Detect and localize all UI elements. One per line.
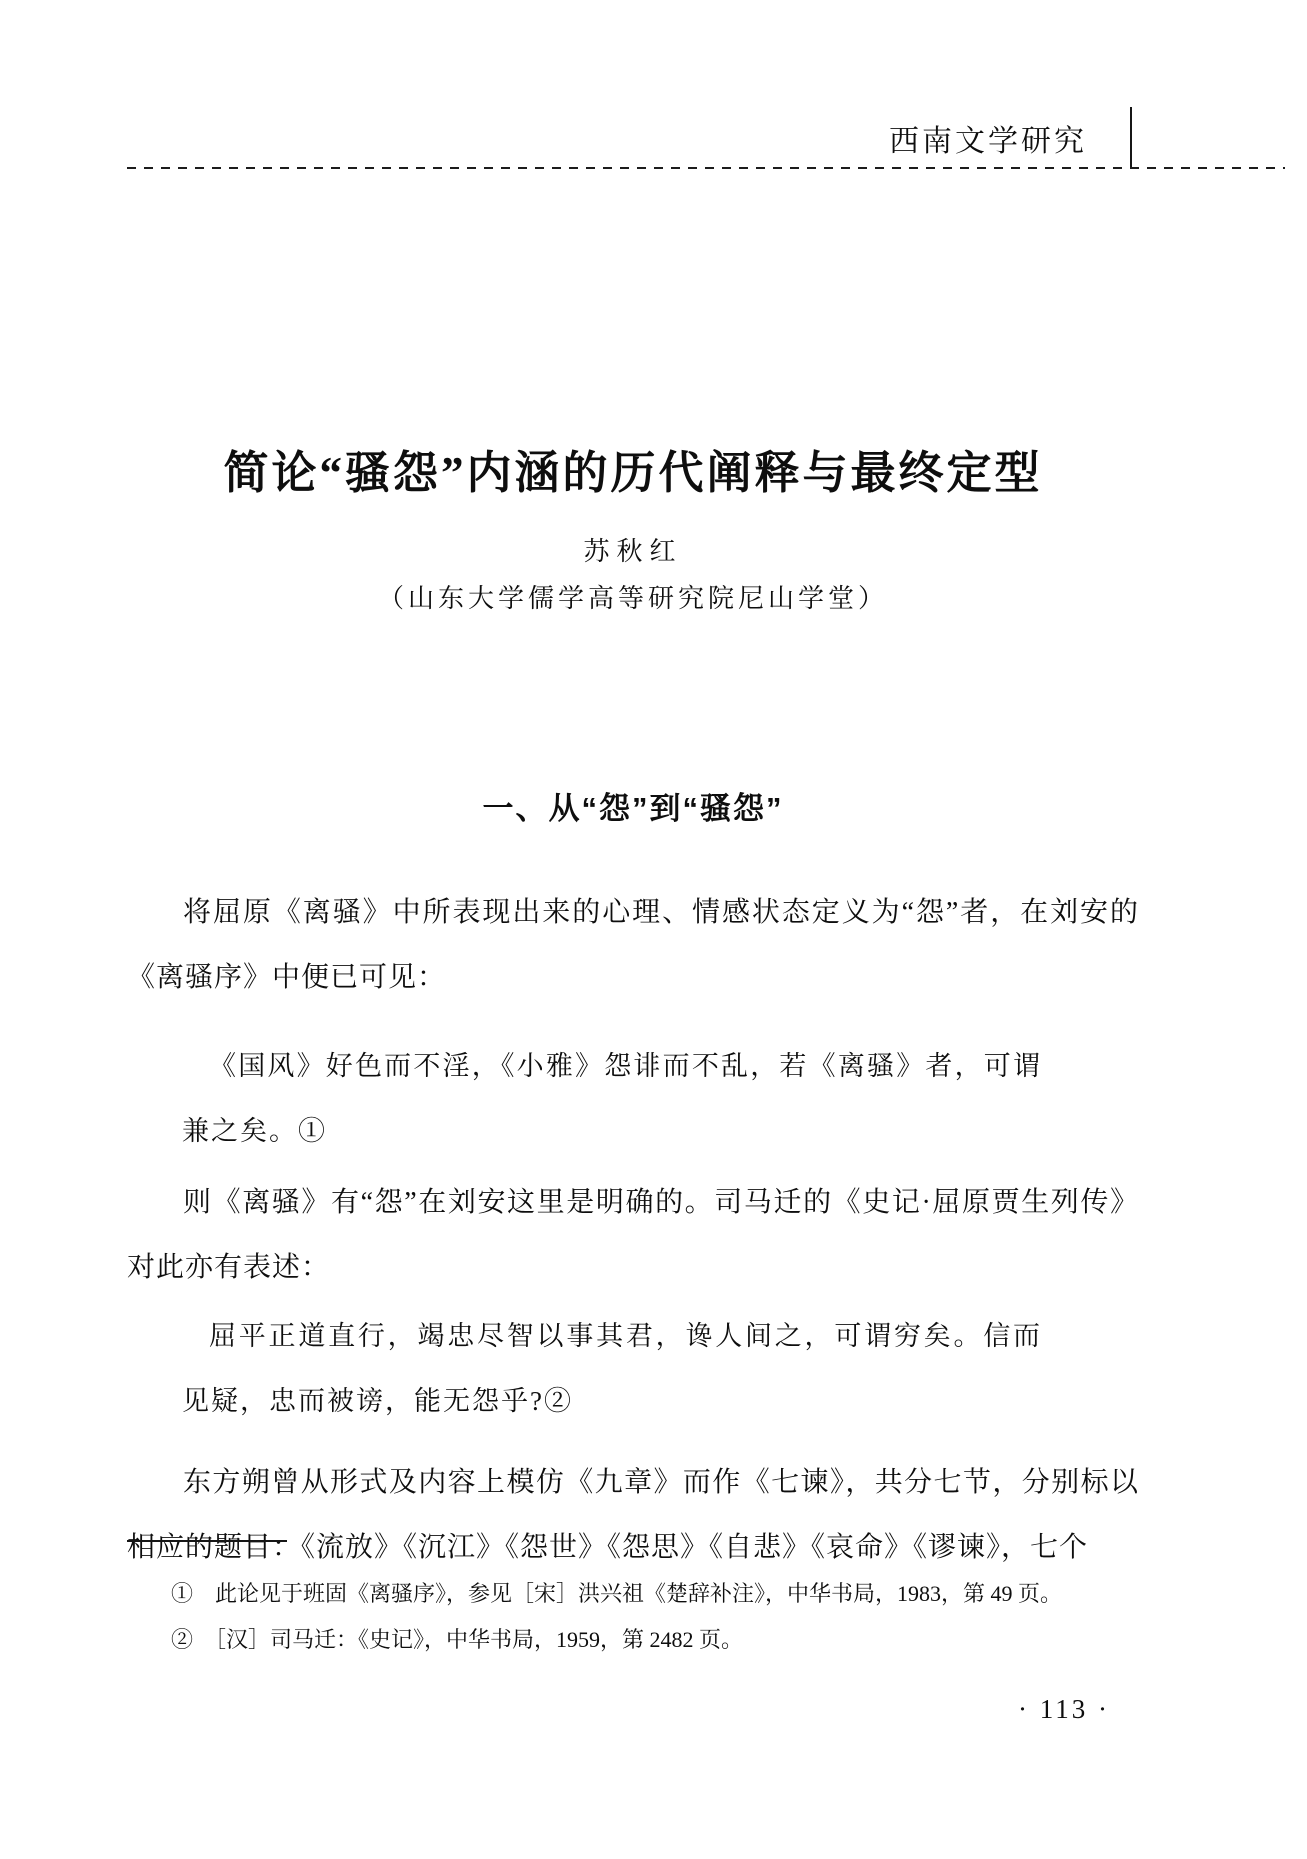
- journal-title: 西南文学研究: [889, 116, 1087, 160]
- author-affiliation: （山东大学儒学高等研究院尼山学堂）: [127, 578, 1139, 615]
- block-quote-1: 《国风》好色而不淫，《小雅》怨诽而不乱，若《离骚》者，可谓兼之矣。①: [182, 1034, 1042, 1164]
- section-heading: 一、从“怨”到“骚怨”: [127, 783, 1139, 828]
- author-name: 苏秋红: [127, 531, 1139, 568]
- journal-page: 西南文学研究 简论“骚怨”内涵的历代阐释与最终定型 苏秋红 （山东大学儒学高等研…: [0, 0, 1307, 1859]
- body-paragraph-3: 东方朔曾从形式及内容上模仿《九章》而作《七谏》，共分七节，分别标以相应的题目：《…: [127, 1450, 1139, 1580]
- page-number: · 113 ·: [1018, 1694, 1110, 1725]
- footnote-2: ② ［汉］司马迁：《史记》，中华书局，1959，第 2482 页。: [127, 1617, 1139, 1663]
- header-divider-bar: [1130, 107, 1132, 169]
- header-dashed-rule: [127, 167, 1285, 169]
- body-paragraph-1: 将屈原《离骚》中所表现出来的心理、情感状态定义为“怨”者，在刘安的《离骚序》中便…: [127, 880, 1139, 1010]
- block-quote-2: 屈平正道直行，竭忠尽智以事其君，谗人间之，可谓穷矣。信而见疑，忠而被谤，能无怨乎…: [182, 1304, 1042, 1434]
- footnote-block: ① 此论见于班固《离骚序》，参见［宋］洪兴祖《楚辞补注》，中华书局，1983，第…: [127, 1571, 1139, 1663]
- running-head: 西南文学研究: [127, 0, 1285, 169]
- article-title: 简论“骚怨”内涵的历代阐释与最终定型: [127, 436, 1139, 501]
- body-paragraph-2: 则《离骚》有“怨”在刘安这里是明确的。司马迁的《史记·屈原贾生列传》对此亦有表述…: [127, 1170, 1139, 1300]
- footnote-separator-rule: [127, 1540, 287, 1542]
- footnote-1: ① 此论见于班固《离骚序》，参见［宋］洪兴祖《楚辞补注》，中华书局，1983，第…: [127, 1571, 1139, 1617]
